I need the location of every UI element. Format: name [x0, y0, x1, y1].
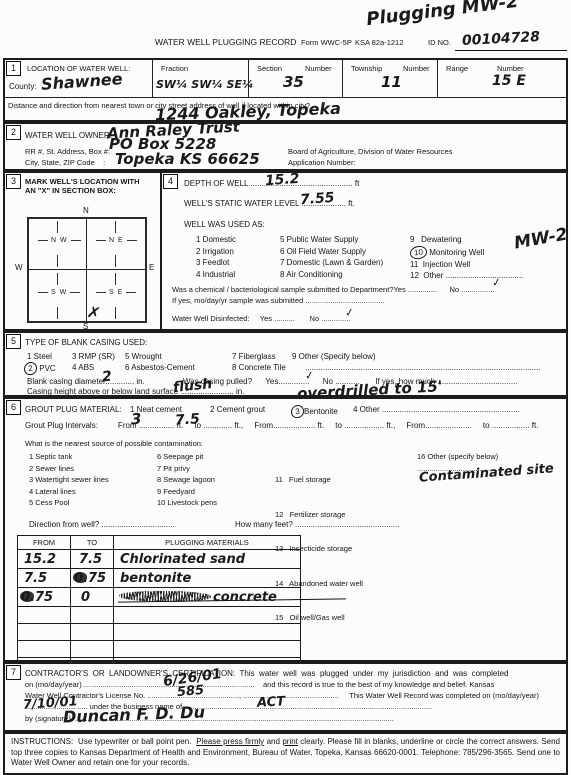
chemical-sample-question: Was a chemical / bacteriological sample … [172, 285, 495, 294]
city-value: Topeka KS 66625 [115, 152, 260, 167]
section-6-number: 6 [6, 400, 21, 415]
instructions-box: INSTRUCTIONS: Use typewriter or ball poi… [3, 732, 568, 775]
casing-height-value: flush [172, 377, 213, 395]
casing-3-rmp: 3 RMP (SR) [72, 352, 115, 361]
casing-1-steel: 1 Steel [27, 352, 52, 361]
use-item-9: 9 Dewatering [410, 234, 523, 246]
divider [248, 60, 249, 97]
section-7-certification: 7 CONTRACTOR'S OR LANDOWNER'S CERTIFICAT… [3, 662, 568, 732]
business-name-value: ACT [257, 695, 286, 709]
tick [115, 307, 116, 319]
use-item: 6 Oil Field Water Supply [280, 246, 383, 258]
casing-diameter-value: 2 [101, 370, 112, 385]
contam-item: 1 Septic tank [29, 451, 109, 463]
county-label: County: [9, 82, 37, 91]
tick [57, 273, 58, 285]
static-water-level-value: 7.55 [300, 191, 335, 207]
contam-item: 3 Watertight sewer lines [29, 474, 109, 486]
township-number-label: Number [403, 64, 430, 73]
use-label: Injection Well [423, 260, 470, 269]
use-label: Other ..................................… [423, 271, 523, 280]
section-3-title-line1: MARK WELL'S LOCATION WITH [25, 177, 140, 186]
table-row-empty [18, 641, 301, 658]
county-value: Shawnee [41, 71, 124, 93]
row-divider [5, 97, 566, 98]
application-number-label: Application Number: [288, 158, 356, 167]
interval-from-value: 3 [130, 412, 141, 428]
tick [115, 255, 116, 267]
section-3-number: 3 [6, 174, 21, 189]
city-label: City, State, ZIP Code : [25, 158, 105, 167]
mw2-note: MW-2 [513, 226, 569, 252]
use-item-12: 12 Other ...............................… [410, 270, 523, 282]
license-number-value: 585 [176, 684, 204, 699]
contam-item: 12 Fertilizer storage [275, 509, 363, 521]
use-label: Monitoring Well [429, 248, 484, 257]
row3-to: 0 [81, 590, 90, 605]
circled-2: 2 [23, 361, 37, 375]
direction-from-well-line: Direction from well? ...................… [29, 520, 175, 529]
table-row-empty [18, 624, 301, 641]
casing-5-wrought: 5 Wrought [125, 352, 162, 361]
id-label: ID NO. [428, 38, 451, 47]
section-5-number: 5 [6, 334, 21, 349]
water-well-plugging-record-form: Plugging MW-2 WATER WELL PLUGGING RECORD… [0, 0, 571, 775]
section-1-number: 1 [6, 61, 21, 76]
section-value: 35 [283, 75, 304, 90]
grout-3-bentonite: 3Bentonite [291, 405, 338, 418]
section-1-location: 1 LOCATION OF WATER WELL: County: Shawne… [3, 58, 568, 122]
diagram-center-vertical [86, 219, 87, 321]
grout-4-other: 4 Other ................................… [353, 405, 520, 414]
range-label: Range [446, 64, 468, 73]
compass-n: N [83, 206, 89, 215]
row1-from: 15.2 [24, 552, 56, 567]
section-5-casing: 5 TYPE OF BLANK CASING USED: 1 Steel 3 R… [3, 331, 568, 397]
casing-8-concrete-tile: 8 Concrete Tile [232, 363, 286, 372]
divider [152, 60, 153, 97]
casing-9-other: 9 Other (Specify below) [292, 352, 376, 361]
quadrant-sw: S W [35, 289, 83, 296]
col-to: TO [71, 536, 114, 550]
uses-column-2: 5 Public Water Supply 6 Oil Field Water … [280, 234, 383, 280]
section-2-owner: 2 WATER WELL OWNER: Ann Raley Trust RR #… [3, 122, 568, 171]
section-box-diagram: N W N E S W S E N S W E ✗ [27, 217, 147, 323]
contam-item: 10 Livestock pens [157, 497, 217, 509]
diagram-center-horizontal [29, 269, 145, 270]
casing-7-fiberglass: 7 Fiberglass [232, 352, 276, 361]
grout-2-cement-grout: 2 Cement grout [210, 405, 265, 414]
use-number: 9 [410, 235, 414, 244]
distance-value: 1244 Oakley, Topeka [155, 101, 341, 123]
tick [115, 221, 116, 233]
section-3-location-box: 3 MARK WELL'S LOCATION WITH AN "X" IN SE… [5, 173, 160, 329]
use-item: 8 Air Conditioning [280, 269, 383, 281]
use-item: 1 Domestic [196, 234, 236, 246]
row3-material: concrete [213, 590, 277, 605]
use-item: 7 Domestic (Lawn & Garden) [280, 257, 383, 269]
casing-diameter-line: Blank casing diameter............. in. [27, 377, 145, 386]
use-label: Dewatering [421, 235, 461, 244]
section-4-number: 4 [163, 174, 178, 189]
form-title: WATER WELL PLUGGING RECORD [155, 37, 296, 47]
casing-2-pvc: 2 PVC [24, 362, 56, 375]
section-6-grout: 6 GROUT PLUG MATERIAL: 1 Neat cement 2 C… [3, 397, 568, 662]
contam-item: 5 Cess Pool [29, 497, 109, 509]
township-value: 11 [381, 75, 402, 90]
id-value-handwritten: 00104728 [462, 30, 541, 48]
instructions-part-1: Use typewriter or ball point pen. [73, 737, 196, 746]
chemical-no-check: ✓ [491, 276, 502, 288]
interval-to-value: 7.5 [175, 412, 201, 428]
chemical-sample-ifyes: If yes, mo/day/yr sample was submitted .… [172, 296, 385, 305]
row2-from: 7.5 [24, 571, 47, 586]
col-materials: PLUGGING MATERIALS [114, 536, 301, 550]
address-label: RR #, St. Address, Box #: [25, 147, 110, 156]
quadrant-ne: N E [93, 237, 140, 244]
table-row-empty [18, 607, 301, 624]
contam-item: 8 Sewage lagoon [157, 474, 217, 486]
pvc-label: PVC [39, 364, 55, 373]
divider [437, 60, 438, 97]
ksa-number: KSA 82a-1212 [355, 38, 403, 47]
fraction-value: SW¼ SW¼ SE¼ [156, 79, 253, 90]
quadrant-se: S E [93, 289, 139, 296]
quadrant-nw: N W [35, 237, 84, 244]
form-header: Plugging MW-2 WATER WELL PLUGGING RECORD… [0, 0, 571, 58]
fraction-label: Fraction [161, 64, 188, 73]
handwritten-plugging-note: Plugging MW-2 [365, 0, 519, 29]
section-number-label: Number [305, 64, 332, 73]
compass-w: W [15, 263, 23, 272]
row1-material: Chlorinated sand [120, 552, 245, 567]
township-label: Township [351, 64, 382, 73]
section-col-label: Section [257, 64, 282, 73]
use-item-11: 11 Injection Well [410, 259, 523, 271]
circled-10: 10 [409, 245, 427, 259]
use-number: 11 [410, 260, 418, 269]
disinfected-line: Water Well Disinfected: Yes .......... N… [172, 314, 350, 323]
form-number: Form WWC-5P [301, 38, 352, 47]
disinfected-no-check: ✓ [344, 306, 355, 318]
contamination-col-2: 6 Seepage pit 7 Pit privy 8 Sewage lagoo… [157, 451, 217, 509]
how-many-feet-line: How many feet? .........................… [235, 520, 400, 529]
use-item: 4 Industrial [196, 269, 236, 281]
col-from: FROM [18, 536, 71, 550]
tick [57, 221, 58, 233]
contam-item: 2 Sewer lines [29, 463, 109, 475]
uses-column-3: 9 Dewatering 10 Monitoring Well 11 Injec… [410, 234, 523, 282]
table-row: 0.75 0 concrete [18, 588, 301, 607]
use-number: 12 [410, 271, 419, 280]
cert-line-1: CONTRACTOR'S OR LANDOWNER'S CERTIFICATIO… [25, 669, 509, 678]
section-4-well-info: 4 DEPTH OF WELL ........................… [162, 173, 566, 329]
casing-6-asbestos: 6 Asbestos-Cement [125, 363, 195, 372]
grout-intervals-line: Grout Plug Intervals: From .............… [25, 421, 538, 430]
table-row: 7.5 0.75 bentonite [18, 569, 301, 588]
contam-item: 6 Seepage pit [157, 451, 217, 463]
instructions-part-2: and [264, 737, 282, 746]
contam-item: 4 Lateral lines [29, 486, 109, 498]
well-used-as-label: WELL WAS USED AS: [184, 220, 265, 229]
section-3-title-line2: AN "X" IN SECTION BOX: [25, 186, 116, 195]
contam-16-other: 16 Other (specify below) [417, 451, 498, 463]
depth-value: 15.2 [265, 172, 300, 188]
instructions-underlined-2: print [282, 737, 298, 746]
casing-4-abs: 4 ABS [72, 363, 94, 372]
circled-3: 3 [290, 404, 304, 418]
range-number-label: Number [497, 64, 524, 73]
range-value: 15 E [492, 74, 526, 88]
divider [342, 60, 343, 97]
compass-s: S [83, 322, 88, 331]
contam-item: 9 Feedyard [157, 486, 217, 498]
casing-other-dots: ........................................… [305, 363, 541, 372]
use-item: 2 Irrigation [196, 246, 236, 258]
compass-e: E [149, 263, 154, 272]
instructions-label: INSTRUCTIONS: [11, 737, 73, 746]
board-label: Board of Agriculture, Division of Water … [288, 147, 452, 156]
grout-title: GROUT PLUG MATERIAL: [25, 405, 122, 414]
table-header-row: FROM TO PLUGGING MATERIALS [18, 536, 301, 550]
use-item-10: 10 Monitoring Well [410, 246, 523, 259]
table-row: 15.2 7.5 Chlorinated sand [18, 550, 301, 569]
contamination-col-1: 1 Septic tank 2 Sewer lines 3 Watertight… [29, 451, 109, 509]
instructions-text: INSTRUCTIONS: Use typewriter or ball poi… [5, 734, 566, 772]
section-2-number: 2 [6, 125, 21, 140]
contam-item: 11 Fuel storage [275, 474, 363, 486]
section-3-4-container: 3 MARK WELL'S LOCATION WITH AN "X" IN SE… [3, 171, 568, 331]
row1-to: 7.5 [79, 552, 102, 567]
bentonite-label: Bentonite [304, 407, 338, 416]
cert-line-2: on (mo/day/year) .......................… [25, 680, 494, 689]
casing-title: TYPE OF BLANK CASING USED: [25, 338, 147, 347]
section-7-number: 7 [6, 665, 21, 680]
contamination-question: What is the nearest source of possible c… [25, 439, 203, 448]
owner-title: WATER WELL OWNER: [25, 131, 112, 140]
tick [57, 255, 58, 267]
tick [57, 307, 58, 319]
uses-column-1: 1 Domestic 2 Irrigation 3 Feedlot 4 Indu… [196, 234, 236, 280]
use-item: 5 Public Water Supply [280, 234, 383, 246]
tick [115, 273, 116, 285]
well-x-mark: ✗ [85, 304, 101, 322]
casing-pulled-yes-check: ✓ [304, 369, 315, 381]
row2-material: bentonite [120, 571, 191, 586]
contam-item: 7 Pit privy [157, 463, 217, 475]
id-underline [455, 50, 567, 51]
plugging-materials-table: FROM TO PLUGGING MATERIALS 15.2 7.5 Chlo… [17, 535, 301, 675]
instructions-underlined-1: Please press firmly [196, 737, 264, 746]
use-item: 3 Feedlot [196, 257, 236, 269]
